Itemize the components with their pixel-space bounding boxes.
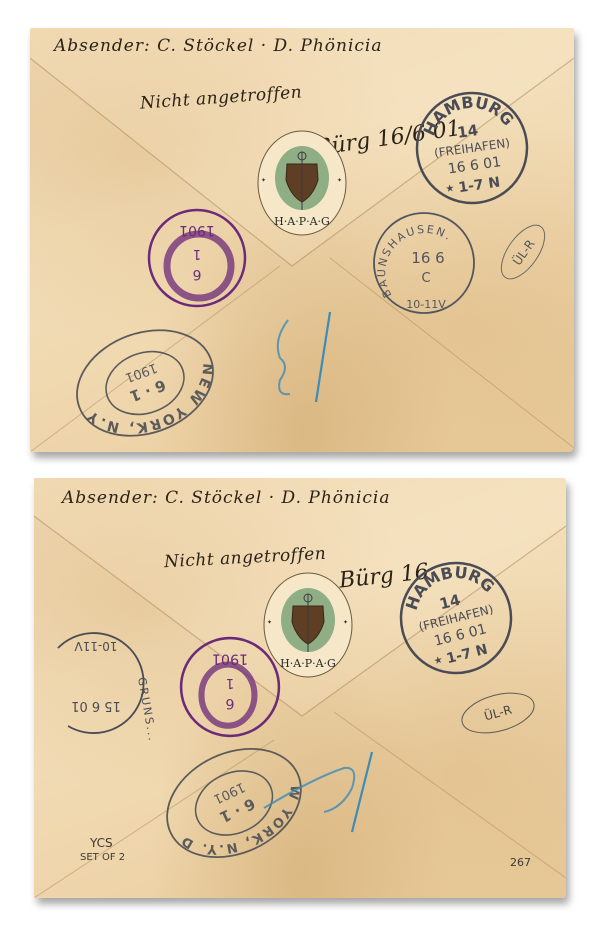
svg-text:✦: ✦	[343, 619, 348, 626]
envelope-1: Absender: C. Stöckel · D. Phönicia Nicht…	[30, 28, 574, 452]
svg-text:15 6 01: 15 6 01	[71, 698, 121, 713]
svg-text:★: ★	[433, 655, 444, 668]
sender-line: Absender: C. Stöckel · D. Phönicia	[54, 36, 382, 56]
svg-text:16 6: 16 6	[411, 249, 444, 267]
hapag-seal: ✦ ✦ H·A·P·A·G	[255, 128, 349, 238]
svg-text:10-11V: 10-11V	[74, 639, 118, 653]
sender-line: Absender: C. Stöckel · D. Phönicia	[62, 488, 390, 508]
svg-text:1-7 N: 1-7 N	[457, 175, 501, 197]
blue-crayon-mark: 13	[268, 310, 348, 410]
svg-text:1: 1	[193, 246, 201, 261]
pencil-note-ycs: YCS	[90, 836, 113, 850]
svg-text:1: 1	[226, 675, 234, 690]
svg-text:✦: ✦	[337, 177, 342, 184]
svg-text:16 6 01: 16 6 01	[447, 154, 502, 177]
svg-text:1901: 1901	[212, 650, 248, 666]
svg-text:★: ★	[445, 183, 455, 195]
svg-text:6: 6	[225, 695, 234, 711]
svg-text:C: C	[421, 271, 430, 286]
svg-text:6: 6	[192, 266, 201, 282]
svg-text:✦: ✦	[261, 177, 266, 184]
svg-text:ÜL-R: ÜL-R	[482, 701, 513, 724]
svg-text:10-11V: 10-11V	[406, 298, 446, 311]
lot-number: 267	[510, 856, 531, 869]
purple-postmark: 1901 1 6	[145, 206, 249, 310]
blue-crayon-mark: 12	[254, 748, 384, 848]
envelope-2: Absender: C. Stöckel · D. Phönicia Nicht…	[34, 478, 566, 898]
svg-text:14: 14	[456, 121, 479, 142]
grunsfeld-postmark: 15 6 01 10-11V GRUNS...	[38, 628, 154, 738]
hamburg-postmark: HAMBURG 14 (FREIHAFEN) 16 6 01 1-7 N ★	[404, 80, 540, 216]
pencil-note-set: SET OF 2	[80, 852, 125, 863]
hapag-text: H·A·P·A·G	[280, 657, 336, 670]
braunshausen-postmark: BAUNSHAUSEN. 16 6 C 10-11V	[370, 208, 478, 318]
hapag-text: H·A·P·A·G	[274, 215, 330, 228]
svg-text:1901: 1901	[179, 222, 215, 238]
purple-postmark: 1901 1 6	[177, 634, 283, 740]
svg-text:✦: ✦	[267, 619, 272, 626]
